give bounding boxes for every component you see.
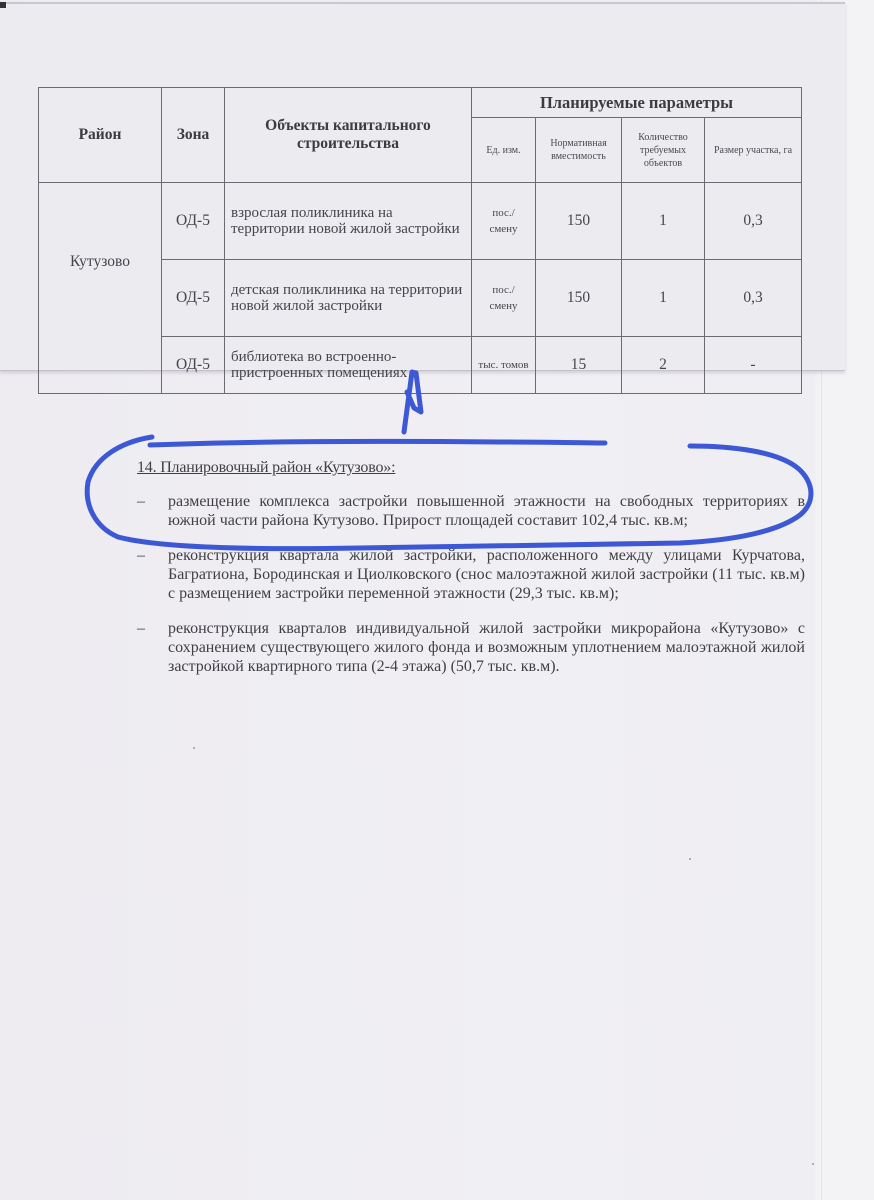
dash-bullet: – xyxy=(137,546,145,565)
scan-speck xyxy=(689,858,691,860)
cell-area: 0,3 xyxy=(705,183,802,260)
planning-district-section: 14. Планировочный район «Кутузово»: – ра… xyxy=(137,458,805,692)
header-raion: Район xyxy=(39,88,162,183)
header-capacity: Нормативная вместимость xyxy=(536,118,622,183)
dash-bullet: – xyxy=(137,619,145,638)
cell-district: Кутузово xyxy=(39,183,162,394)
list-item-text: реконструкция кварталов индивидуальной ж… xyxy=(168,620,805,675)
header-planned-parameters: Планируемые параметры xyxy=(472,88,802,118)
cell-unit: тыс. томов xyxy=(472,337,536,394)
header-area: Размер участка, га xyxy=(705,118,802,183)
list-item: – реконструкция кварталов индивидуальной… xyxy=(137,619,805,676)
cell-area: - xyxy=(705,337,802,394)
cell-capacity: 150 xyxy=(536,260,622,337)
scan-mark xyxy=(0,2,6,8)
list-item: – реконструкция квартала жилой застройки… xyxy=(137,546,805,603)
scan-speck xyxy=(193,747,195,749)
cell-zona: ОД-5 xyxy=(162,260,225,337)
cell-area: 0,3 xyxy=(705,260,802,337)
cell-object: взрослая поликлиника на территории новой… xyxy=(225,183,472,260)
cell-count: 1 xyxy=(622,260,705,337)
scan-speck xyxy=(812,1163,814,1165)
list-item-text: размещение комплекса застройки повышенно… xyxy=(168,493,805,529)
planned-parameters-table: Район Зона Объекты капитального строител… xyxy=(38,87,802,394)
cell-count: 2 xyxy=(622,337,705,394)
table-row: Кутузово ОД-5 взрослая поликлиника на те… xyxy=(39,183,802,260)
bullet-list: – размещение комплекса застройки повышен… xyxy=(137,492,805,676)
header-objects: Объекты капитального строительства xyxy=(225,88,472,183)
cell-object: библиотека во встроенно-пристроенных пом… xyxy=(225,337,472,394)
header-zona: Зона xyxy=(162,88,225,183)
cell-capacity: 150 xyxy=(536,183,622,260)
list-item: – размещение комплекса застройки повышен… xyxy=(137,492,805,530)
cell-unit: пос./ смену xyxy=(472,183,536,260)
section-heading: 14. Планировочный район «Кутузово»: xyxy=(137,458,805,477)
list-item-text: реконструкция квартала жилой застройки, … xyxy=(168,547,805,602)
cell-zona: ОД-5 xyxy=(162,337,225,394)
cell-unit: пос./ смену xyxy=(472,260,536,337)
header-unit: Ед. изм. xyxy=(472,118,536,183)
header-count: Количество требуемых объектов xyxy=(622,118,705,183)
dash-bullet: – xyxy=(137,492,145,511)
cell-capacity: 15 xyxy=(536,337,622,394)
cell-zona: ОД-5 xyxy=(162,183,225,260)
front-sheet: Район Зона Объекты капитального строител… xyxy=(0,2,845,371)
cell-count: 1 xyxy=(622,183,705,260)
cell-object: детская поликлиника на территории новой … xyxy=(225,260,472,337)
